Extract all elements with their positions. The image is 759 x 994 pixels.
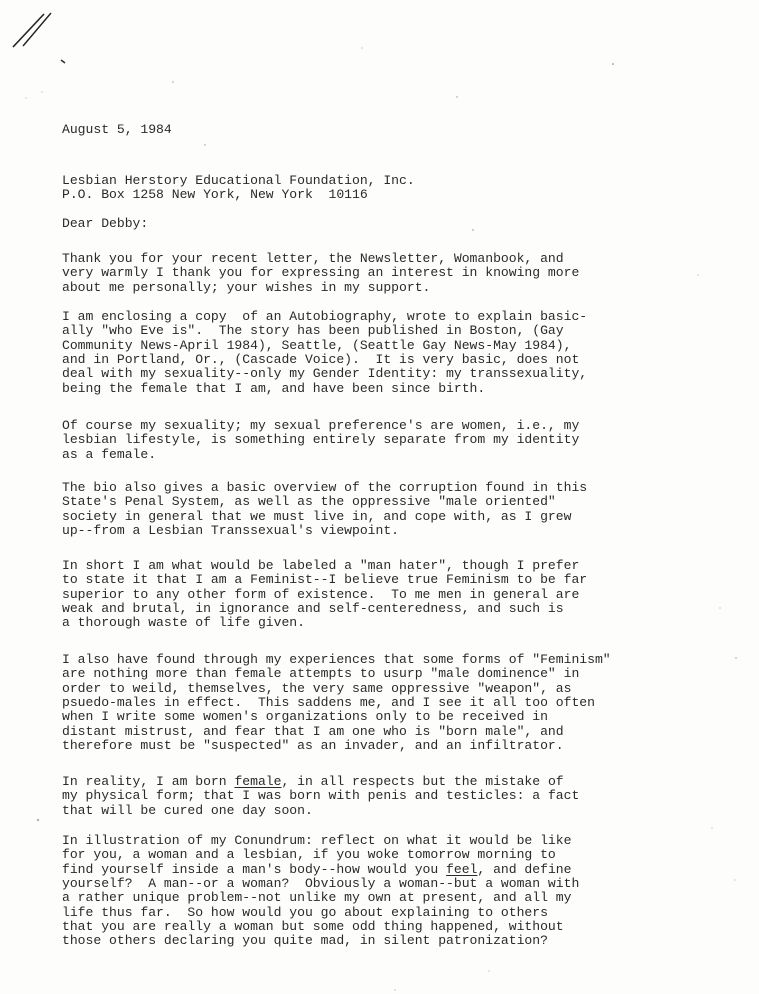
- paragraph-line: to state it that I am a Feminist--I beli…: [62, 573, 587, 587]
- paragraph-line: In illustration of my Conundrum: reflect…: [62, 834, 579, 848]
- paragraph-thanks: Thank you for your recent letter, the Ne…: [62, 252, 579, 295]
- text-run: find yourself inside a man's body--how w…: [62, 862, 446, 877]
- paragraph-line: a rather unique problem--not unlike my o…: [62, 891, 579, 905]
- paragraph-line: up--from a Lesbian Transsexual's viewpoi…: [62, 524, 587, 538]
- paragraph-line: and in Portland, Or., (Cascade Voice). I…: [62, 353, 587, 367]
- text-run: In reality, I am born: [62, 774, 234, 789]
- paragraph-line: State's Penal System, as well as the opp…: [62, 495, 587, 509]
- paragraph-line: Community News-April 1984), Seattle, (Se…: [62, 339, 587, 353]
- paragraph-feminism-forms: I also have found through my experiences…: [62, 653, 611, 753]
- paragraph-reality: In reality, I am born female, in all res…: [62, 775, 579, 818]
- overlined-text: I was: [242, 788, 281, 803]
- paragraph-line: weak and brutal, in ignorance and self-c…: [62, 602, 587, 616]
- recipient-line: P.O. Box 1258 New York, New York 10116: [62, 188, 415, 202]
- paragraph-line: I am enclosing a copy of an Autobiograph…: [62, 310, 587, 324]
- paragraph-line: Thank you for your recent letter, the Ne…: [62, 252, 579, 266]
- text-run: born with penis and testicles: a fact: [281, 788, 579, 803]
- paragraph-line: life thus far. So how would you go about…: [62, 906, 579, 920]
- paragraph-line: my physical form; that I was born with p…: [62, 789, 579, 803]
- paragraph-conundrum: In illustration of my Conundrum: reflect…: [62, 834, 579, 949]
- paragraph-line: The bio also gives a basic overview of t…: [62, 481, 587, 495]
- paragraph-line: I also have found through my experiences…: [62, 653, 611, 667]
- paragraph-line: being the female that I am, and have bee…: [62, 382, 587, 396]
- paragraph-bio-overview: The bio also gives a basic overview of t…: [62, 481, 587, 538]
- paragraph-line: are nothing more than female attempts to…: [62, 667, 611, 681]
- paragraph-line: lesbian lifestyle, is something entirely…: [62, 433, 579, 447]
- paragraph-line: In short I am what would be labeled a "m…: [62, 559, 587, 573]
- paragraph-line: deal with my sexuality--only my Gender I…: [62, 367, 587, 381]
- underlined-text: female: [234, 774, 281, 789]
- text-run: , in all respects but the mistake of: [281, 774, 563, 789]
- paragraph-line: psuedo-males in effect. This saddens me,…: [62, 696, 611, 710]
- paragraph-feminist: In short I am what would be labeled a "m…: [62, 559, 587, 631]
- text-run: , and define: [477, 862, 571, 877]
- recipient-address: Lesbian Herstory Educational Foundation,…: [62, 174, 415, 203]
- paragraph-line: yourself? A man--or a woman? Obviously a…: [62, 877, 579, 891]
- paragraph-line: those others declaring you quite mad, in…: [62, 934, 579, 948]
- paragraph-line: order to weild, themselves, the very sam…: [62, 682, 611, 696]
- paragraph-line: for you, a woman and a lesbian, if you w…: [62, 848, 579, 862]
- paragraph-line: that will be cured one day soon.: [62, 804, 579, 818]
- text-run: my physical form; that: [62, 788, 242, 803]
- paragraph-line: very warmly I thank you for expressing a…: [62, 266, 579, 280]
- paragraph-line: therefore must be "suspected" as an inva…: [62, 739, 611, 753]
- letter-page: August 5, 1984 Lesbian Herstory Educatio…: [0, 0, 759, 994]
- paragraph-line: Of course my sexuality; my sexual prefer…: [62, 419, 579, 433]
- paragraph-sexuality: Of course my sexuality; my sexual prefer…: [62, 419, 579, 462]
- recipient-line: Lesbian Herstory Educational Foundation,…: [62, 174, 415, 188]
- paragraph-autobiography: I am enclosing a copy of an Autobiograph…: [62, 310, 587, 396]
- paragraph-line: as a female.: [62, 448, 579, 462]
- salutation: Dear Debby:: [62, 217, 148, 231]
- paragraph-line: ally "who Eve is". The story has been pu…: [62, 324, 587, 338]
- underlined-text: feel: [446, 862, 477, 877]
- paragraph-line: about me personally; your wishes in my s…: [62, 281, 579, 295]
- paragraph-line: society in general that we must live in,…: [62, 510, 587, 524]
- paragraph-line: when I write some women's organizations …: [62, 710, 611, 724]
- letter-date: August 5, 1984: [62, 123, 172, 137]
- paragraph-line: a thorough waste of life given.: [62, 616, 587, 630]
- paragraph-line: distant mistrust, and fear that I am one…: [62, 725, 611, 739]
- paragraph-line: that you are really a woman but some odd…: [62, 920, 579, 934]
- paragraph-line: superior to any other form of existence.…: [62, 588, 587, 602]
- paragraph-line: find yourself inside a man's body--how w…: [62, 863, 579, 877]
